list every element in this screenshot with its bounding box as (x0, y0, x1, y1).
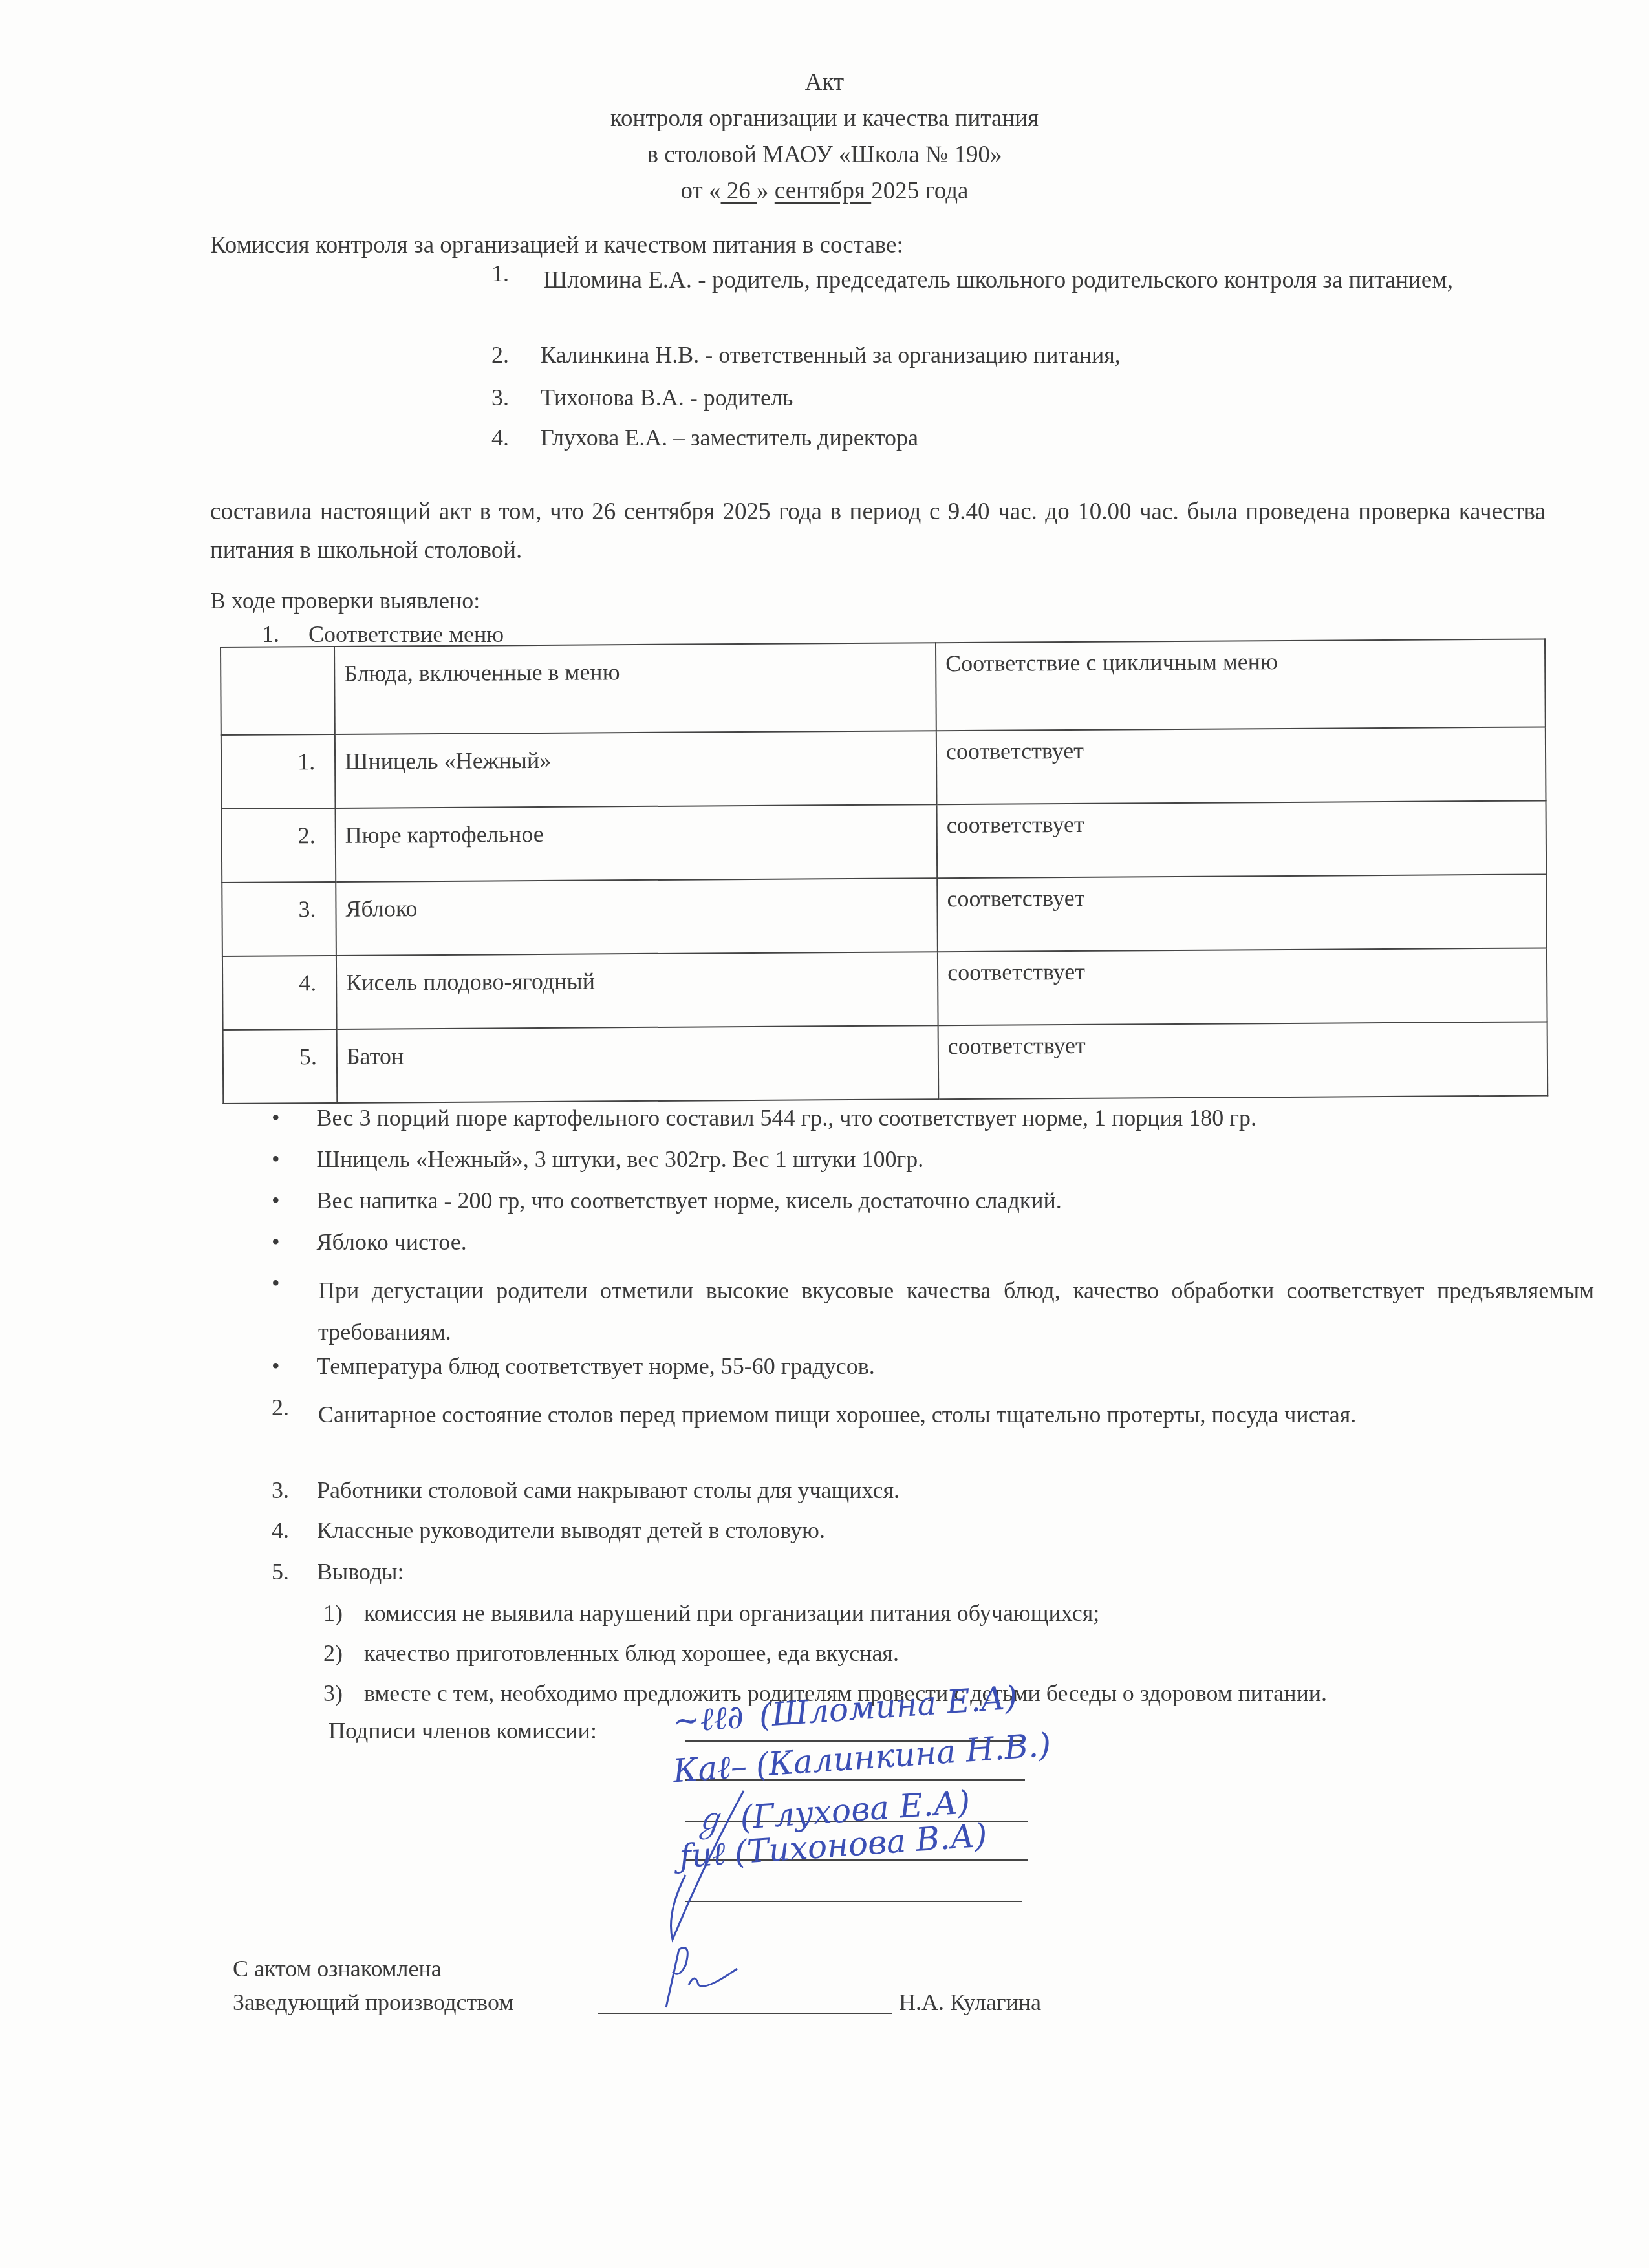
section-title: Соответствие меню (308, 621, 504, 647)
table-row: 4. Кисель плодово-ягодный соответствует (222, 948, 1547, 1030)
section-text: Классные руководители выводят детей в ст… (317, 1517, 825, 1543)
section-1-heading: 1. Соответствие меню (262, 621, 504, 648)
bullet-dot-icon: • (272, 1270, 280, 1297)
table-row: 2. Пюре картофельное соответствует (222, 800, 1547, 883)
bullet-item: • Вес напитка - 200 гр, что соответствуе… (272, 1187, 1062, 1214)
row-dish: Яблоко (336, 878, 938, 956)
commission-member: 4. Глухова Е.А. – заместитель директора (491, 424, 918, 451)
table-row: 5. Батон соответствует (223, 1022, 1548, 1104)
member-number: 4. (491, 425, 509, 451)
table-row: 3. Яблоко соответствует (222, 874, 1547, 956)
member-number: 1. (491, 260, 509, 287)
row-number: 1. (221, 734, 336, 809)
bullet-item: • При дегустации родители отметили высок… (272, 1270, 1594, 1353)
conclusion-item: 2) качество приготовленных блюд хорошее,… (323, 1640, 899, 1667)
section-item: 3. Работники столовой сами накрывают сто… (272, 1477, 900, 1504)
date-mid: » (757, 178, 769, 204)
bullet-text: Вес 3 порций пюре картофельного составил… (317, 1105, 1256, 1131)
row-dish: Батон (337, 1025, 939, 1103)
row-number: 2. (222, 808, 336, 883)
conclusion-number: 1) (323, 1600, 343, 1626)
bullet-dot-icon: • (272, 1188, 280, 1214)
row-dish: Кисель плодово-ягодный (336, 952, 938, 1029)
menu-compliance-table: Блюда, включенные в меню Соответствие с … (220, 638, 1548, 1104)
row-dish: Шницель «Нежный» (335, 731, 937, 808)
commission-member: 1. Шломина Е.А. - родитель, председатель… (491, 260, 1571, 301)
date-month: сентября (775, 178, 871, 204)
commission-member: 2. Калинкина Н.В. - ответственный за орг… (491, 341, 1121, 369)
conclusion-item: 1) комиссия не выявила нарушений при орг… (323, 1599, 1099, 1627)
member-text: Шломина Е.А. - родитель, председатель шк… (543, 260, 1571, 301)
section-number: 4. (272, 1517, 289, 1543)
found-label: В ходе проверки выявлено: (210, 587, 480, 614)
conclusion-number: 2) (323, 1640, 343, 1666)
section-number: 2. (272, 1394, 289, 1421)
bullet-dot-icon: • (272, 1353, 280, 1379)
document-subtitle-line1: контроля организации и качества питания (0, 101, 1649, 137)
document-header: Акт контроля организации и качества пита… (0, 65, 1649, 209)
production-manager-line: Заведующий производством (233, 1989, 513, 2016)
conclusion-text: комиссия не выявила нарушений при органи… (364, 1600, 1099, 1626)
signature-name: (Калинкина Н.В.) (755, 1726, 1052, 1784)
commission-intro: Комиссия контроля за организацией и каче… (210, 231, 903, 259)
bullet-dot-icon: • (272, 1105, 280, 1131)
section-number: 5. (272, 1559, 289, 1585)
header-dishes: Блюда, включенные в меню (334, 643, 936, 734)
bullet-dot-icon: • (272, 1229, 280, 1255)
row-status: соответствует (937, 800, 1547, 878)
bullet-item: • Температура блюд соответствует норме, … (272, 1353, 875, 1380)
bullet-item: • Вес 3 порций пюре картофельного состав… (272, 1104, 1256, 1131)
member-text: Глухова Е.А. – заместитель директора (541, 425, 918, 451)
member-number: 3. (491, 385, 509, 411)
bullet-text: Яблоко чистое. (317, 1229, 467, 1255)
document-date: от « 26 » сентября 2025 года (0, 173, 1649, 209)
section-item: 5. Выводы: (272, 1558, 404, 1585)
bullet-text: Вес напитка - 200 гр, что соответствует … (317, 1188, 1062, 1214)
signature-flourish-icon (647, 1784, 776, 1952)
member-text: Калинкина Н.В. - ответственный за органи… (541, 342, 1121, 368)
document-title: Акт (0, 65, 1649, 101)
date-day: 26 (721, 178, 757, 204)
commission-member: 3. Тихонова В.А. - родитель (491, 384, 793, 411)
section-item: 4. Классные руководители выводят детей в… (272, 1517, 825, 1544)
row-status: соответствует (936, 727, 1546, 804)
bullet-text: Температура блюд соответствует норме, 55… (317, 1353, 875, 1379)
bullet-item: • Шницель «Нежный», 3 штуки, вес 302гр. … (272, 1146, 923, 1173)
conclusion-text: качество приготовленных блюд хорошее, ед… (364, 1640, 899, 1666)
table-row: 1. Шницель «Нежный» соответствует (221, 727, 1546, 809)
bullet-dot-icon: • (272, 1146, 280, 1172)
document-subtitle-line2: в столовой МАОУ «Школа № 190» (0, 137, 1649, 173)
header-number (221, 647, 335, 735)
row-status: соответствует (938, 1022, 1548, 1099)
conclusion-number: 3) (323, 1680, 343, 1706)
acknowledged-label: С актом ознакомлена (233, 1955, 442, 1982)
row-number: 5. (223, 1029, 338, 1104)
header-compliance: Соответствие с цикличным меню (936, 639, 1546, 731)
manager-signature-icon (660, 1946, 750, 2011)
date-prefix: от « (681, 178, 721, 204)
section-text: Работники столовой сами накрывают столы … (317, 1477, 900, 1503)
manager-signature-line (598, 2013, 892, 2014)
statement-paragraph: составила настоящий акт в том, что 26 се… (210, 493, 1546, 570)
section-number: 3. (272, 1477, 289, 1503)
row-number: 4. (222, 956, 337, 1030)
row-number: 3. (222, 882, 336, 956)
manager-name: Н.А. Кулагина (899, 1989, 1041, 2016)
row-status: соответствует (937, 874, 1547, 952)
date-year: 2025 года (871, 178, 968, 204)
section-number: 1. (262, 621, 279, 647)
row-status: соответствует (938, 948, 1547, 1025)
bullet-text: Шницель «Нежный», 3 штуки, вес 302гр. Ве… (317, 1146, 924, 1172)
member-text: Тихонова В.А. - родитель (541, 385, 793, 411)
section-item: 2. Санитарное состояние столов перед при… (272, 1394, 1594, 1435)
section-text: Санитарное состояние столов перед приемо… (318, 1394, 1594, 1435)
table-header-row: Блюда, включенные в меню Соответствие с … (221, 639, 1546, 735)
member-number: 2. (491, 342, 509, 368)
section-text: Выводы: (317, 1559, 404, 1585)
row-dish: Пюре картофельное (336, 804, 938, 882)
manager-position: Заведующий производством (233, 1989, 513, 2015)
signatures-label: Подписи членов комиссии: (329, 1717, 597, 1744)
bullet-text: При дегустации родители отметили высокие… (318, 1270, 1594, 1353)
bullet-item: • Яблоко чистое. (272, 1228, 467, 1256)
